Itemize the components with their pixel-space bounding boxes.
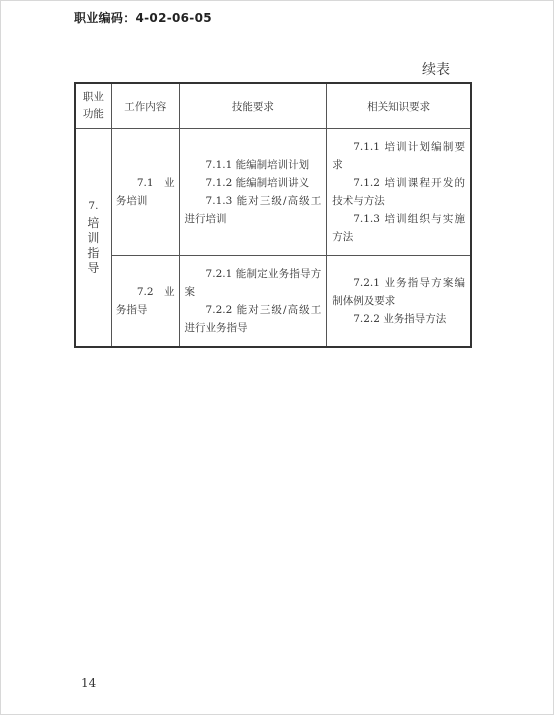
knowledge-cell: 7.2.1 业务指导方案编制体例及要求 7.2.2 业务指导方法 xyxy=(327,256,471,348)
knowledge-item: 7.1.2 培训课程开发的技术与方法 xyxy=(332,174,465,210)
table-row: 7.2 业务指导 7.2.1 能制定业务指导方案 7.2.2 能对三级/高级工进… xyxy=(75,256,471,348)
function-name-char: 训 xyxy=(76,231,111,246)
work-content-text: 7.2 业务指导 xyxy=(116,283,175,319)
knowledge-item: 7.1.1 培训计划编制要求 xyxy=(332,138,465,174)
function-name-char: 培 xyxy=(76,216,111,231)
table-header-row: 职业功能 工作内容 技能要求 相关知识要求 xyxy=(75,83,471,129)
skills-cell: 7.1.1 能编制培训计划 7.1.2 能编制培训讲义 7.1.3 能对三级/高… xyxy=(179,129,327,256)
occupation-skill-table: 职业功能 工作内容 技能要求 相关知识要求 7. 培 训 指 导 7.1 业务培… xyxy=(74,82,472,348)
skill-item: 7.2.1 能制定业务指导方案 xyxy=(185,265,322,301)
function-name-char: 导 xyxy=(76,261,111,276)
occupation-code: 职业编码：4-02-06-05 xyxy=(74,9,212,26)
column-header-function-text: 职业功能 xyxy=(80,89,106,123)
column-header-skills: 技能要求 xyxy=(179,83,327,129)
knowledge-item: 7.2.1 业务指导方案编制体例及要求 xyxy=(332,274,465,310)
knowledge-item: 7.1.3 培训组织与实施方法 xyxy=(332,210,465,246)
table-row: 7. 培 训 指 导 7.1 业务培训 7.1.1 能编制培训计划 7.1.2 … xyxy=(75,129,471,256)
skills-cell: 7.2.1 能制定业务指导方案 7.2.2 能对三级/高级工进行业务指导 xyxy=(179,256,327,348)
skill-item: 7.2.2 能对三级/高级工进行业务指导 xyxy=(185,301,322,337)
column-header-function: 职业功能 xyxy=(75,83,111,129)
skill-item: 7.1.3 能对三级/高级工进行培训 xyxy=(185,192,322,228)
column-header-knowledge: 相关知识要求 xyxy=(327,83,471,129)
knowledge-item: 7.2.2 业务指导方法 xyxy=(332,310,465,328)
function-name-char: 指 xyxy=(76,246,111,261)
work-content-cell: 7.1 业务培训 xyxy=(111,129,179,256)
skill-item: 7.1.2 能编制培训讲义 xyxy=(185,174,322,192)
page-number: 14 xyxy=(81,676,96,690)
work-content-cell: 7.2 业务指导 xyxy=(111,256,179,348)
function-cell: 7. 培 训 指 导 xyxy=(75,129,111,348)
function-number: 7. xyxy=(76,199,111,214)
knowledge-cell: 7.1.1 培训计划编制要求 7.1.2 培训课程开发的技术与方法 7.1.3 … xyxy=(327,129,471,256)
skill-item: 7.1.1 能编制培训计划 xyxy=(185,156,322,174)
column-header-work-content: 工作内容 xyxy=(111,83,179,129)
continued-label: 续表 xyxy=(422,59,450,79)
work-content-text: 7.1 业务培训 xyxy=(116,174,175,210)
